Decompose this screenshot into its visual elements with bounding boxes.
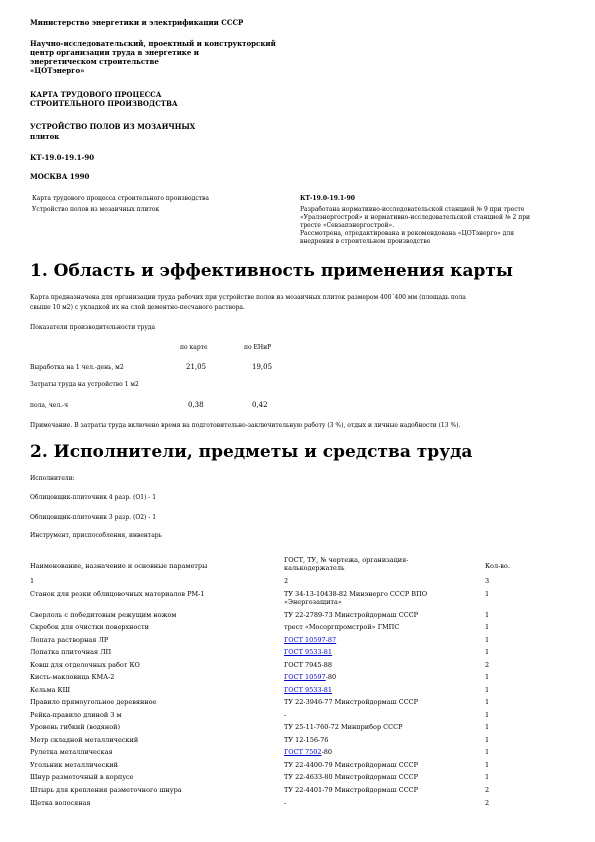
- tool-name: Рейка-правило длиной 3 м: [30, 711, 122, 719]
- tool-ref: ГОСТ 7945-88: [284, 661, 332, 669]
- header-right-line-5: внедрения в строительном производстве: [300, 238, 430, 246]
- tool-name: Угольник металлический: [30, 761, 118, 769]
- indicators-label: Показатели производительности труда: [30, 324, 155, 332]
- tool-ref: ТУ 22-3946-77 Минстройдормаш СССР: [284, 698, 418, 706]
- header-right-line-4: Рассмотрена, отредактирована и рекомендо…: [300, 230, 514, 238]
- gost-link[interactable]: ГОСТ 9533-81: [284, 686, 332, 694]
- subject-line-1: УСТРОЙСТВО ПОЛОВ ИЗ МОЗАИЧНЫХ: [30, 122, 195, 131]
- tool-ref: ТУ 22-2789-73 Минстройдормаш СССР: [284, 611, 418, 619]
- tool-name: Щетка волосяная: [30, 799, 91, 807]
- tool-qty: 1: [485, 748, 489, 756]
- tool-name: Штырь для крепления разметочного шнура: [30, 786, 182, 794]
- institute-line-2: центр организации труда в энергетике и: [30, 48, 199, 57]
- performer-item: Облицовщик-плиточник 3 разр. (О2) - 1: [30, 514, 156, 522]
- tool-name: Лопатка плиточная ЛП: [30, 648, 111, 656]
- subject-line-2: плиток: [30, 132, 59, 141]
- header-right-code: КТ-19.0-19.1-90: [300, 195, 355, 203]
- tool-qty: 1: [485, 636, 489, 644]
- institute-line-1: Научно-исследовательский, проектный и ко…: [30, 39, 276, 48]
- tool-qty: 1: [485, 711, 489, 719]
- tool-name: Кельма КШ: [30, 686, 70, 694]
- header-right-line-1: Разработана нормативно-исследовательской…: [300, 206, 524, 214]
- header-left-1: Карта трудового процесса строительного п…: [32, 195, 209, 203]
- gost-link[interactable]: ГОСТ 7502: [284, 748, 322, 756]
- header-ref: ГОСТ, ТУ, № чертежа, организация-: [284, 556, 408, 564]
- institute-line-3: энергетическом строительстве: [30, 57, 159, 66]
- header-ref-line-2: калькодержатель: [284, 564, 345, 572]
- institute-line-4: «ЦОТэнерго»: [30, 66, 85, 75]
- tool-qty: 1: [485, 773, 489, 781]
- header-left-2: Устройство полов из мозаичных плиток: [32, 206, 159, 214]
- header-name: Наименование, назначение и основные пара…: [30, 562, 207, 570]
- col-number: 2: [284, 577, 288, 585]
- section-1-para-line-1: Карта предназначена для организации труд…: [30, 294, 466, 302]
- tool-qty: 1: [485, 648, 489, 656]
- tool-name: Правило прямоугольное деревянное: [30, 698, 156, 706]
- tool-name: Метр складной металлический: [30, 736, 138, 744]
- tool-ref: трест «Мосоргпромстрой» ГМПС: [284, 623, 399, 631]
- indicator-row-label: Выработка на 1 чел.-день, м2: [30, 364, 124, 372]
- tool-ref: ТУ 12-156-76: [284, 736, 328, 744]
- tool-qty: 1: [485, 590, 489, 598]
- tool-name: Уровень гибкий (водяной): [30, 723, 120, 731]
- tool-qty: 1: [485, 673, 489, 681]
- card-title-line-2: СТРОИТЕЛЬНОГО ПРОИЗВОДСТВА: [30, 99, 178, 108]
- tool-name: Скребок для очистки поверхности: [30, 623, 149, 631]
- tool-qty: 1: [485, 698, 489, 706]
- tool-qty: 2: [485, 786, 489, 794]
- header-qty: Кол-во.: [485, 562, 510, 570]
- performer-item: Облицовщик-плиточник 4 разр. (О1) - 1: [30, 494, 156, 502]
- tool-qty: 1: [485, 723, 489, 731]
- tool-name: Шнур разметочный в корпусе: [30, 773, 134, 781]
- tool-qty: 1: [485, 623, 489, 631]
- tool-ref: ТУ 22-4400-79 Минстройдормаш СССР: [284, 761, 418, 769]
- tool-qty: 2: [485, 661, 489, 669]
- gost-link[interactable]: ГОСТ 10597: [284, 673, 326, 681]
- tool-qty: 2: [485, 799, 489, 807]
- tool-qty: 1: [485, 761, 489, 769]
- tool-ref: ТУ 22-4633-80 Минстройдормаш СССР: [284, 773, 418, 781]
- tool-ref: ТУ 25-11-760-72 Минприбор СССР: [284, 723, 402, 731]
- tool-name: Рулетка металлическая: [30, 748, 113, 756]
- tool-name: Кисть-макловица КМА-2: [30, 673, 114, 681]
- gost-link[interactable]: ГОСТ 10597-87: [284, 636, 336, 644]
- section-1-note: Примечание. В затраты труда включено вре…: [30, 422, 460, 430]
- document-code: КТ-19.0-19.1-90: [30, 153, 94, 162]
- tool-ref: -: [284, 711, 286, 719]
- col-number: 1: [30, 577, 34, 585]
- section-1-heading: 1. Область и эффективность применения ка…: [30, 261, 513, 281]
- performers-label: Исполнители:: [30, 475, 75, 483]
- tool-qty: 1: [485, 611, 489, 619]
- tool-qty: 1: [485, 686, 489, 694]
- gost-suffix: -80: [322, 748, 332, 756]
- ministry-name: Министерство энергетики и электрификации…: [30, 18, 243, 27]
- tool-name: Сверлоль с победитовым режущим ножом: [30, 611, 176, 619]
- card-title-line-1: КАРТА ТРУДОВОГО ПРОЦЕССА: [30, 90, 161, 99]
- tool-ref: ТУ 22-4401-79 Минстройдормаш СССР: [284, 786, 418, 794]
- section-1-para-line-2: свыше 10 м2) с укладкой их на слой цемен…: [30, 304, 245, 312]
- section-2-heading: 2. Исполнители, предметы и средства труд…: [30, 442, 472, 462]
- tool-ref-line-2: «Энергозащита»: [284, 598, 342, 606]
- indicator-row-enir: 0,42: [252, 401, 268, 410]
- header-right-line-2: «Уралэнергострой» и нормативно-исследова…: [300, 214, 530, 222]
- header-right-line-3: тресте «Севзапэнергострой».: [300, 222, 394, 230]
- tools-label: Инструмент, приспособления, инвентарь: [30, 532, 162, 540]
- tool-ref: ТУ 34-13-10438-82 Минэнерго СССР ВПО: [284, 590, 427, 598]
- col-header-enir: по ЕНиР: [244, 344, 271, 352]
- indicator-row-card: 0,38: [188, 401, 204, 410]
- tool-qty: 1: [485, 736, 489, 744]
- gost-suffix: -80: [326, 673, 336, 681]
- gost-link[interactable]: ГОСТ 9533-81: [284, 648, 332, 656]
- city-year: МОСКВА 1990: [30, 172, 89, 181]
- indicator-row-enir: 19,05: [252, 363, 272, 372]
- col-number: 3: [485, 577, 489, 585]
- indicator-row-label: пола, чел.-ч: [30, 402, 68, 410]
- indicator-row-label: Затраты труда на устройство 1 м2: [30, 381, 139, 389]
- tool-ref: -: [284, 799, 286, 807]
- indicator-row-card: 21,05: [186, 363, 206, 372]
- tool-name: Лопата растворная ЛР: [30, 636, 108, 644]
- tool-name: Ковш для отделочных работ КО: [30, 661, 140, 669]
- tool-name: Станок для резки облицовочных материалов…: [30, 590, 205, 598]
- col-header-card: по карте: [180, 344, 208, 352]
